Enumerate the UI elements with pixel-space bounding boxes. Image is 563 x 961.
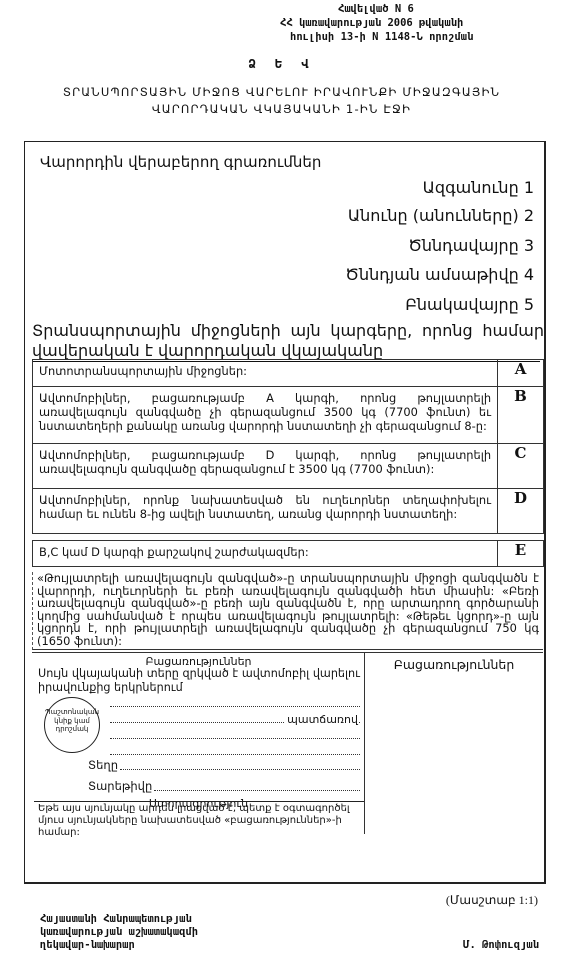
reason-label: պատճառով [285,713,358,726]
field-number: 4 [524,265,534,284]
spacer-cell [33,534,544,541]
category-letter: B [498,387,544,444]
date-row: Տարեթիվը [88,779,360,793]
field-label-text: Բնակավայրը [405,295,519,314]
annex-line: ՀՀ կառավարության 2006 թվականի [280,16,563,30]
additional-columns-note: Եթե այս սյունյակը արդեն լրացված է, պետք … [34,801,364,839]
table-row: B,C կամ D կարգի քարշակով շարժակազմեր: E [33,541,544,567]
category-description: Ավտոմոբիլներ, բացառությամբ D կարգի, որոն… [33,444,498,489]
mass-definition-note: «Թույլատրելի առավելագույն զանգված»-ը տրա… [32,572,543,650]
signatory-title-line: ղեկավար-նախարար [40,939,198,952]
signatory-name: Մ. Թոփուզյան [463,939,539,951]
fill-line [110,695,360,707]
field-number: 3 [524,236,534,255]
place-row: Տեղը [88,758,360,772]
scale-note: (Մասշտաբ 1:1) [446,893,538,908]
table-row: Ավտոմոբիլներ, բացառությամբ A կարգի, որոն… [33,387,544,444]
signatory-title-line: Հայաստանի Հանրապետության [40,913,198,926]
category-letter: E [498,541,544,567]
official-stamp-placeholder: Պաշտոնական կնիք կամ դրոշմակ [44,697,100,753]
field-surname: Ազգանունը 1 [423,178,534,197]
field-number: 1 [524,178,534,197]
vehicle-categories-table: Մոտոտրանսպորտային միջոցներ: A Ավտոմոբիլն… [32,359,544,567]
category-description: B,C կամ D կարգի քարշակով շարժակազմեր: [33,541,498,567]
category-description: Մոտոտրանսպորտային միջոցներ: [33,360,498,387]
field-label-text: Ծննդավայրը [408,236,519,255]
field-label-text: Ազգանունը [423,178,519,197]
date-fill-line [154,779,360,791]
document-title: ՏՐԱՆՍՊՈՐՏԱՅԻՆ ՄԻՋՈՑ ՎԱՐԵԼՈՒ ԻՐԱՎՈՒՆՔԻ ՄԻ… [30,84,533,118]
annex-line: Հավելված N 6 [280,2,563,16]
field-date-of-birth: Ծննդյան ամսաթիվը 4 [345,265,534,284]
field-number: 5 [524,295,534,314]
title-line: ՏՐԱՆՍՊՈՐՏԱՅԻՆ ՄԻՋՈՑ ՎԱՐԵԼՈՒ ԻՐԱՎՈՒՆՔԻ ՄԻ… [30,84,533,101]
restrictions-box-right: Բացառություններ [365,652,543,882]
field-label-text: Անունը (անունները) [348,206,519,225]
fill-line [110,727,360,739]
place-fill-line [120,758,360,770]
disqualification-note: Սույն վկայականի տերը զրկված է ավտոմոբիլ … [38,667,360,695]
annex-reference: Հավելված N 6 ՀՀ կառավարության 2006 թվակա… [280,2,563,44]
signatory-title-line: կառավարության աշխատակազմի [40,926,198,939]
signatory-title: Հայաստանի Հանրապետության կառավարության ա… [40,913,198,952]
field-number: 2 [524,206,534,225]
restrictions-title: Բացառություններ [365,657,543,672]
title-line: ՎԱՐՈՐԴԱԿԱՆ ՎԿԱՅԱԿԱՆԻ 1-ԻՆ ԷՋԻ [30,101,533,118]
table-row: Ավտոմոբիլներ, բացառությամբ D կարգի, որոն… [33,444,544,489]
form-label: Ձ Ե Վ [0,57,563,71]
driver-section-heading: Վարորդին վերաբերող գրառումներ [40,153,321,171]
date-label: Տարեթիվը [88,779,152,793]
place-label: Տեղը [88,758,118,772]
categories-heading-line: Տրանսպորտային միջոցների այն կարգերը, որո… [32,321,544,341]
field-residence: Բնակավայրը 5 [405,295,534,314]
annex-line: հուլիսի 13-ի N 1148-Ն որոշման [280,30,563,44]
field-given-names: Անունը (անունները) 2 [348,206,534,225]
table-row: Ավտոմոբիլներ, որոնք նախատեսված են ուղեւո… [33,489,544,534]
table-row: Մոտոտրանսպորտային միջոցներ: A [33,360,544,387]
category-description: Ավտոմոբիլներ, բացառությամբ A կարգի, որոն… [33,387,498,444]
category-letter: C [498,444,544,489]
category-description: Ավտոմոբիլներ, որոնք նախատեսված են ուղեւո… [33,489,498,534]
categories-heading: Տրանսպորտային միջոցների այն կարգերը, որո… [32,321,544,362]
category-letter: A [498,360,544,387]
fill-line [110,743,360,755]
table-spacer [33,534,544,541]
field-label-text: Ծննդյան ամսաթիվը [345,265,519,284]
category-letter: D [498,489,544,534]
field-place-of-birth: Ծննդավայրը 3 [408,236,534,255]
